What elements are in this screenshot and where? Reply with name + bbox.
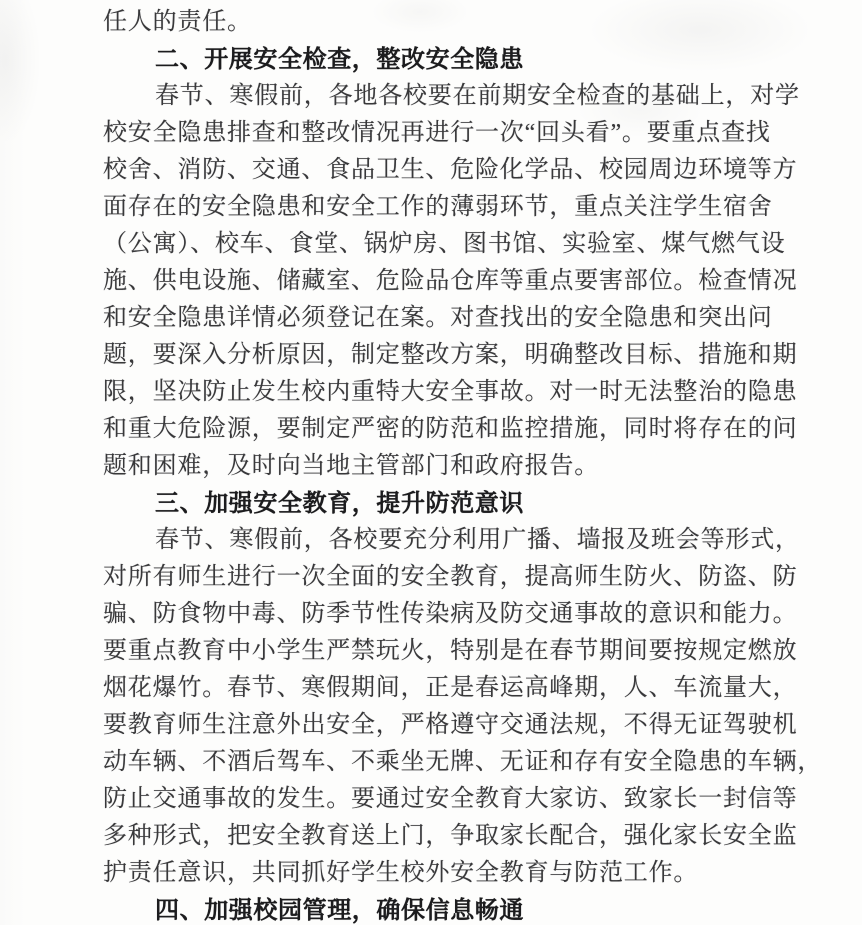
text-line: 护责任意识，共同抓好学生校外安全教育与防范工作。	[103, 855, 775, 892]
section-heading: 四、加强校园管理，确保信息畅通	[103, 892, 775, 925]
text-line: 面存在的安全隐患和安全工作的薄弱环节，重点关注学生宿舍	[103, 189, 775, 226]
scanned-document-page: 任人的责任。二、开展安全检查，整改安全隐患春节、寒假前，各地各校要在前期安全检查…	[0, 0, 862, 925]
text-line: 春节、寒假前，各校要充分利用广播、墙报及班会等形式，	[103, 522, 775, 559]
text-line: 题，要深入分析原因，制定整改方案，明确整改目标、措施和期	[103, 337, 775, 374]
text-line: （公寓）、校车、食堂、锅炉房、图书馆、实验室、煤气燃气设	[103, 226, 775, 263]
text-line: 题和困难，及时向当地主管部门和政府报告。	[103, 448, 775, 485]
section-heading: 二、开展安全检查，整改安全隐患	[103, 41, 775, 78]
document-body: 任人的责任。二、开展安全检查，整改安全隐患春节、寒假前，各地各校要在前期安全检查…	[103, 4, 775, 925]
text-line: 施、供电设施、储藏室、危险品仓库等重点要害部位。检查情况	[103, 263, 775, 300]
text-line: 春节、寒假前，各地各校要在前期安全检查的基础上，对学	[103, 78, 775, 115]
text-line: 校安全隐患排查和整改情况再进行一次“回头看”。要重点查找	[103, 115, 775, 152]
text-line: 烟花爆竹。春节、寒假期间，正是春运高峰期，人、车流量大，	[103, 670, 775, 707]
text-line: 骗、防食物中毒、防季节性传染病及防交通事故的意识和能力。	[103, 596, 775, 633]
text-line: 任人的责任。	[103, 4, 775, 41]
section-heading: 三、加强安全教育，提升防范意识	[103, 485, 775, 522]
text-line: 对所有师生进行一次全面的安全教育，提高师生防火、防盗、防	[103, 559, 775, 596]
text-line: 多种形式，把安全教育送上门，争取家长配合，强化家长安全监	[103, 818, 775, 855]
text-line: 限，坚决防止发生校内重特大安全事故。对一时无法整治的隐患	[103, 374, 775, 411]
text-line: 防止交通事故的发生。要通过安全教育大家访、致家长一封信等	[103, 781, 775, 818]
text-line: 和安全隐患详情必须登记在案。对查找出的安全隐患和突出问	[103, 300, 775, 337]
text-line: 和重大危险源，要制定严密的防范和监控措施，同时将存在的问	[103, 411, 775, 448]
text-line: 校舍、消防、交通、食品卫生、危险化学品、校园周边环境等方	[103, 152, 775, 189]
text-line: 要教育师生注意外出安全，严格遵守交通法规，不得无证驾驶机	[103, 707, 775, 744]
text-line: 动车辆、不酒后驾车、不乘坐无牌、无证和存有安全隐患的车辆，	[103, 744, 775, 781]
text-line: 要重点教育中小学生严禁玩火，特别是在春节期间要按规定燃放	[103, 633, 775, 670]
